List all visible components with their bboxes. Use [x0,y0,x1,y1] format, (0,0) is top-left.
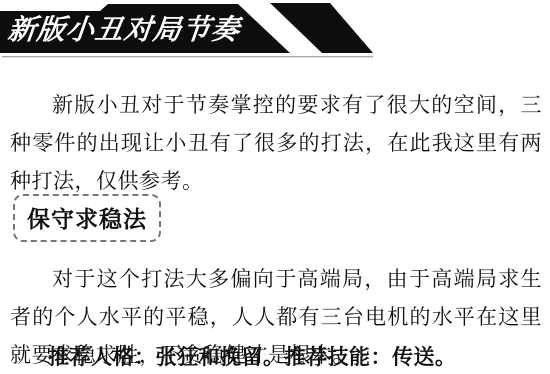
page-title: 新版小丑对局节奏 [6,13,250,47]
intro-paragraph: 新版小丑对于节奏掌控的要求有了很大的空间，三种零件的出现让小丑有了很多的打法，在… [10,87,542,201]
section-heading-box: 保守求稳法 [13,194,161,242]
banner-shadow-line [2,56,373,57]
section-heading: 保守求稳法 [27,206,147,232]
title-banner: 新版小丑对局节奏 [0,0,550,60]
article-page: 新版小丑对局节奏 新版小丑对于节奏掌控的要求有了很大的空间，三种零件的出现让小丑… [0,0,550,374]
banner-diagonal-stripe [270,3,373,53]
recommendation-line: 推荐人格：张狂和挽留。推荐技能：传送。 [48,344,457,372]
